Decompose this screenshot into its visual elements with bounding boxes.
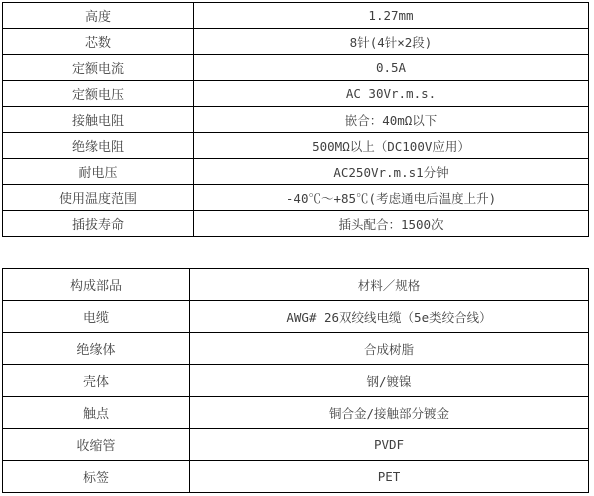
table-row: 耐电压AC250Vr.m.s1分钟 [3, 159, 589, 185]
table-row: 触点铜合金/接触部分镀金 [3, 397, 589, 429]
table-row: 构成部品材料／规格 [3, 269, 589, 301]
row-label: 绝缘电阻 [3, 133, 194, 159]
table-row: 绝缘体合成树脂 [3, 333, 589, 365]
row-label: 构成部品 [3, 269, 190, 301]
row-label: 芯数 [3, 29, 194, 55]
row-value: PET [190, 461, 589, 493]
row-value: 500MΩ以上（DC100V应用） [194, 133, 589, 159]
row-label: 标签 [3, 461, 190, 493]
table-row: 接触电阻嵌合：40mΩ以下 [3, 107, 589, 133]
row-label: 收缩管 [3, 429, 190, 461]
row-value: 8针(4针×2段) [194, 29, 589, 55]
row-label: 插拔寿命 [3, 211, 194, 237]
row-label: 壳体 [3, 365, 190, 397]
row-value: AC 30Vr.m.s. [194, 81, 589, 107]
row-label: 接触电阻 [3, 107, 194, 133]
table-row: 定额电压AC 30Vr.m.s. [3, 81, 589, 107]
electrical-spec-table: 高度1.27mm芯数8针(4针×2段)定额电流0.5A定额电压AC 30Vr.m… [2, 2, 589, 237]
row-label: 使用温度范围 [3, 185, 194, 211]
table-row: 电缆AWG# 26双绞线电缆（5e类绞合线） [3, 301, 589, 333]
row-value: 0.5A [194, 55, 589, 81]
table-row: 绝缘电阻500MΩ以上（DC100V应用） [3, 133, 589, 159]
table-row: 芯数8针(4针×2段) [3, 29, 589, 55]
row-label: 高度 [3, 3, 194, 29]
row-value: AC250Vr.m.s1分钟 [194, 159, 589, 185]
row-value: PVDF [190, 429, 589, 461]
row-label: 触点 [3, 397, 190, 429]
row-label: 定额电流 [3, 55, 194, 81]
table-row: 收缩管PVDF [3, 429, 589, 461]
row-label: 电缆 [3, 301, 190, 333]
row-value: 钢/镀镍 [190, 365, 589, 397]
table-row: 定额电流0.5A [3, 55, 589, 81]
table-row: 标签PET [3, 461, 589, 493]
row-value: 插头配合：1500次 [194, 211, 589, 237]
row-value: 材料／规格 [190, 269, 589, 301]
row-label: 绝缘体 [3, 333, 190, 365]
materials-spec-table: 构成部品材料／规格电缆AWG# 26双绞线电缆（5e类绞合线）绝缘体合成树脂壳体… [2, 268, 589, 493]
row-value: 铜合金/接触部分镀金 [190, 397, 589, 429]
table-row: 高度1.27mm [3, 3, 589, 29]
table-row: 使用温度范围-40℃～+85℃(考虑通电后温度上升) [3, 185, 589, 211]
row-value: 嵌合：40mΩ以下 [194, 107, 589, 133]
table-row: 插拔寿命插头配合：1500次 [3, 211, 589, 237]
row-value: 合成树脂 [190, 333, 589, 365]
row-value: AWG# 26双绞线电缆（5e类绞合线） [190, 301, 589, 333]
row-label: 定额电压 [3, 81, 194, 107]
row-label: 耐电压 [3, 159, 194, 185]
row-value: -40℃～+85℃(考虑通电后温度上升) [194, 185, 589, 211]
row-value: 1.27mm [194, 3, 589, 29]
table-row: 壳体钢/镀镍 [3, 365, 589, 397]
